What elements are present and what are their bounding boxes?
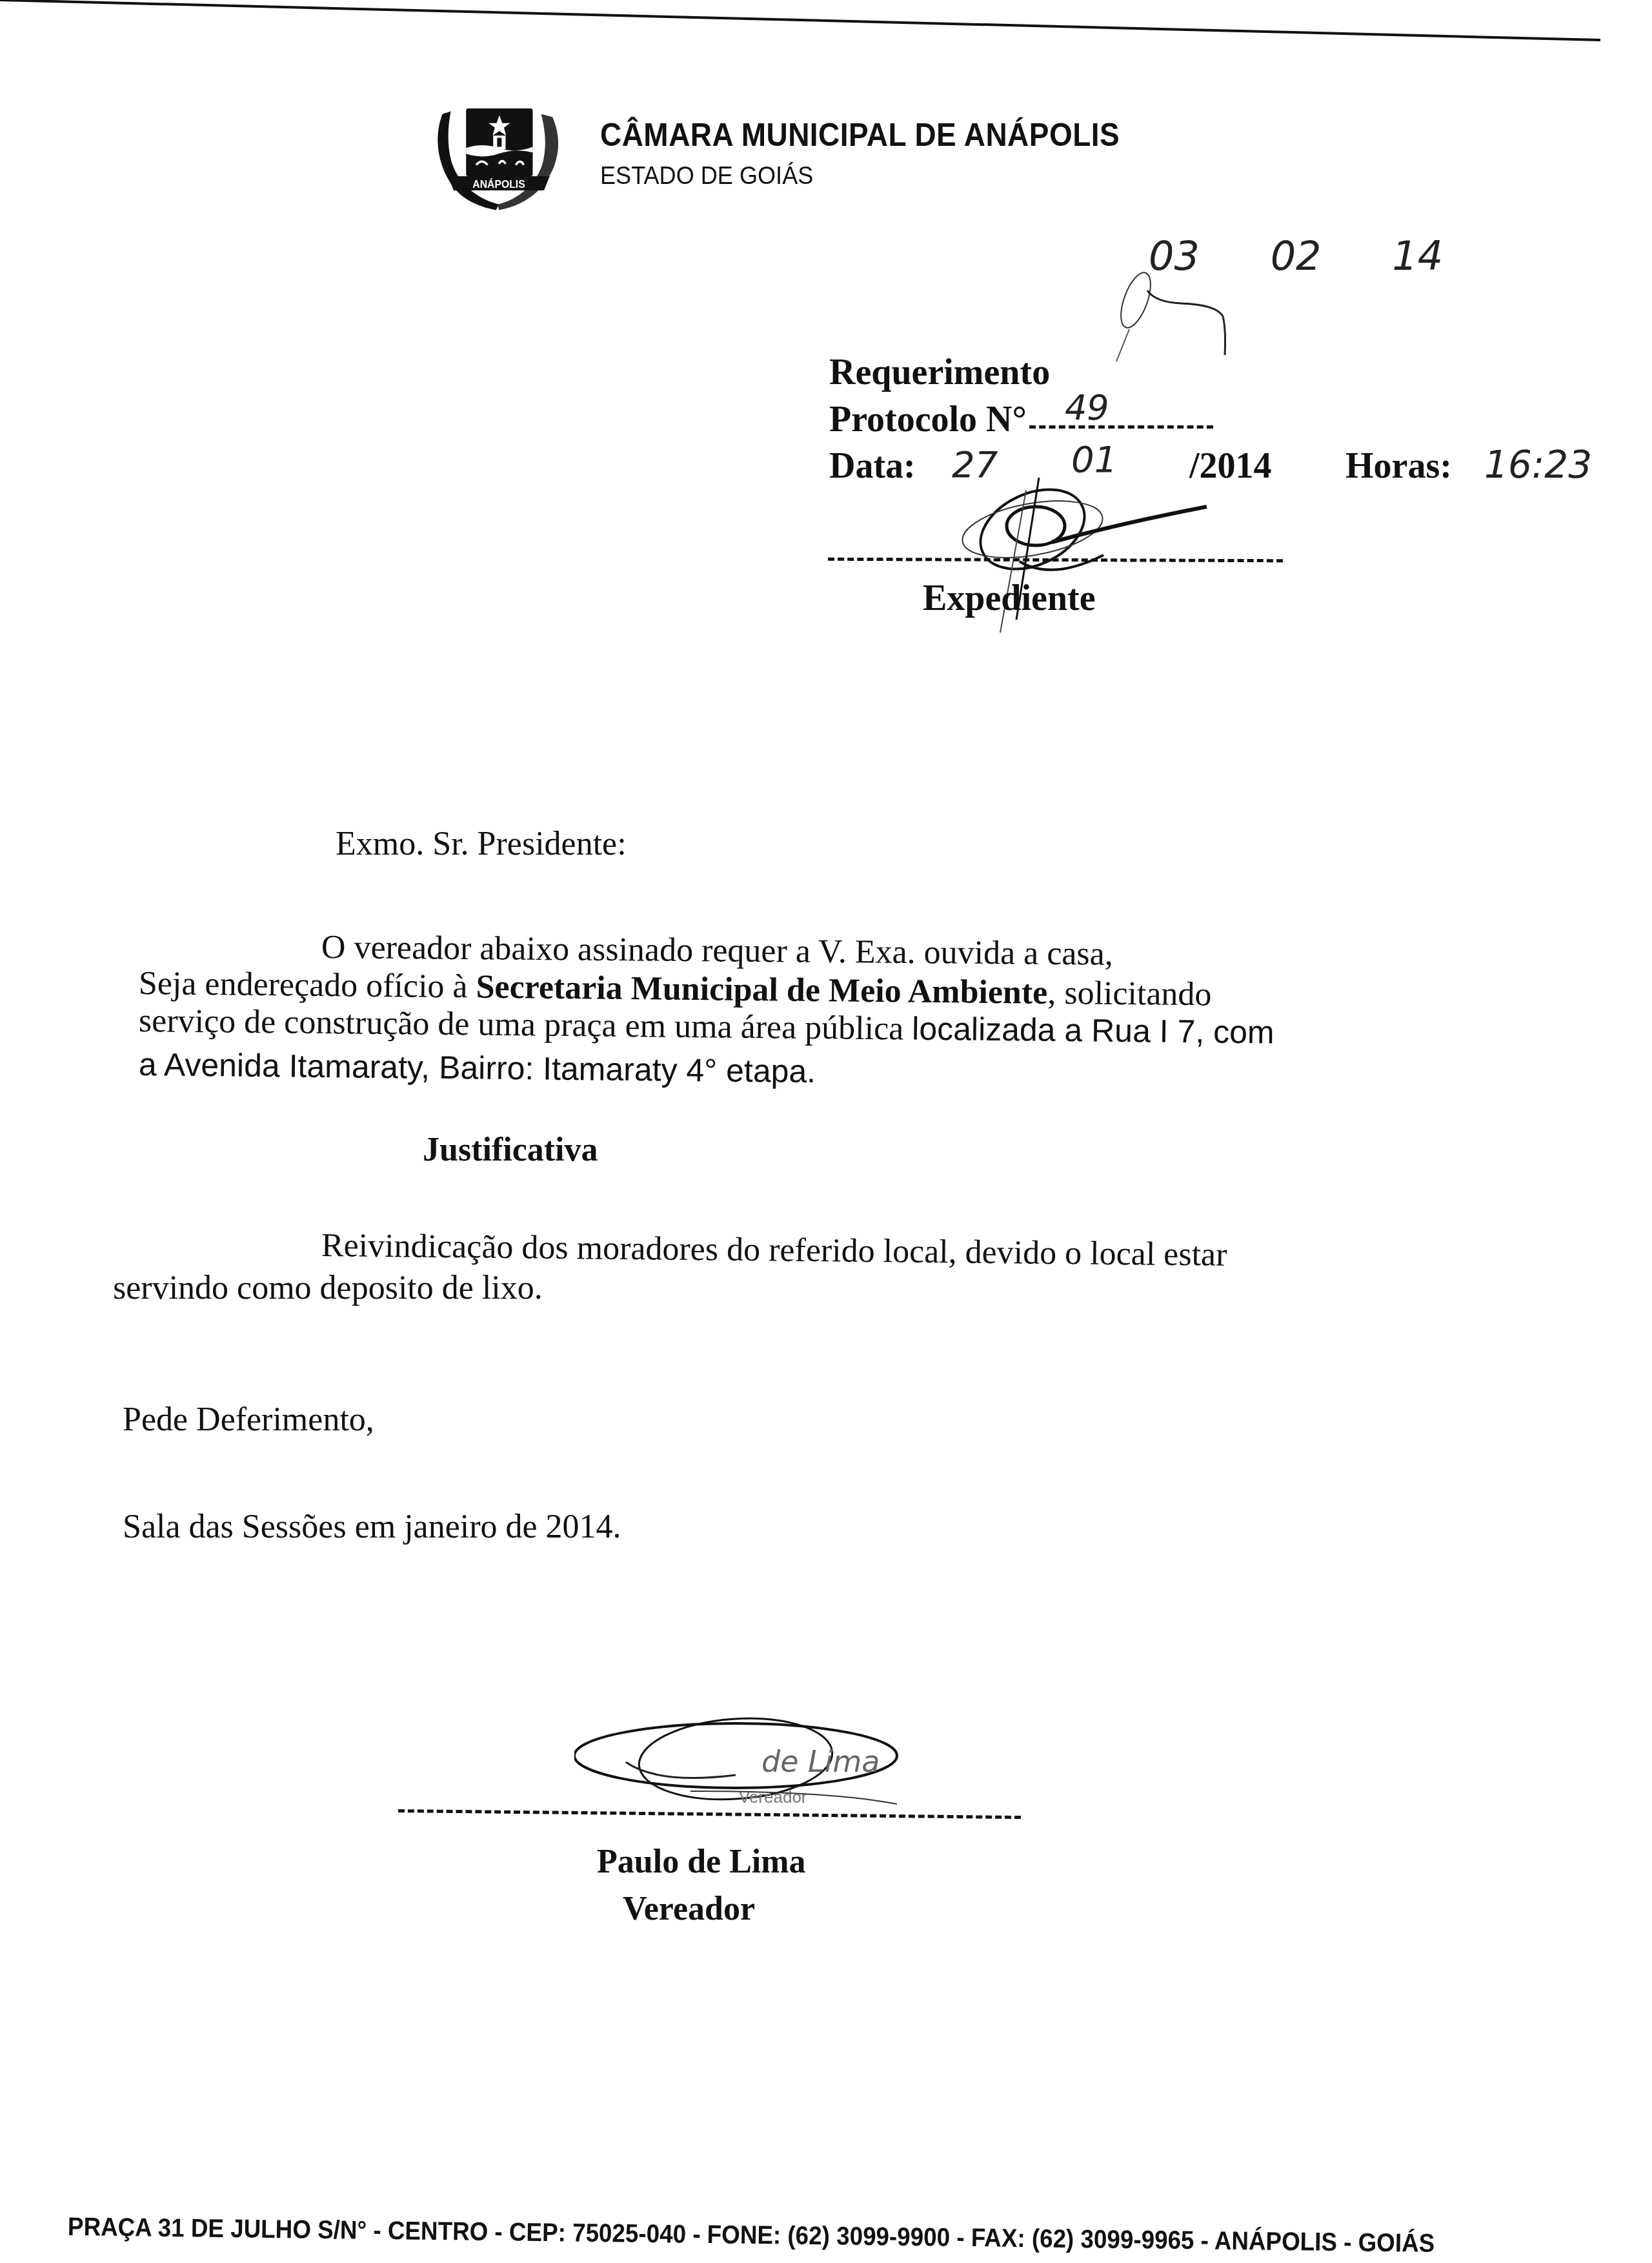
svg-text:de Lima: de Lima (761, 1744, 880, 1779)
institution-name: CÂMARA MUNICIPAL DE ANÁPOLIS (600, 116, 1120, 154)
svg-text:Vereador: Vereador (739, 1787, 807, 1807)
protocol-label: Protocolo N° (829, 400, 1027, 440)
department-label: Expediente (923, 578, 1096, 619)
signer-role: Vereador (623, 1890, 755, 1928)
handwritten-initials-icon (1110, 271, 1278, 361)
justification-paragraph-line: servindo como deposito de lixo. (113, 1269, 543, 1307)
handwritten-month: 02 (1271, 232, 1322, 279)
signature-line (398, 1809, 1021, 1819)
footer-address: PRAÇA 31 DE JULHO S/N° - CENTRO - CEP: 7… (68, 2213, 1435, 2258)
svg-text:ANÁPOLIS: ANÁPOLIS (472, 178, 525, 190)
hours-value: 16:23 (1484, 443, 1592, 487)
request-paragraph-line: a Avenida Itamaraty, Bairro: Itamaraty 4… (139, 1046, 816, 1090)
place-date-line: Sala das Sessões em janeiro de 2014. (123, 1508, 621, 1546)
protocol-number-value: 49 (1065, 387, 1109, 428)
text-run: serviço de construção de uma praça em um… (139, 1002, 912, 1048)
text-run: , solicitando (1047, 975, 1212, 1013)
closing-line: Pede Deferimento, (123, 1401, 374, 1439)
municipal-coat-of-arms-icon: ANÁPOLIS (431, 89, 567, 218)
location-text: localizada a Rua I 7, com (912, 1011, 1274, 1051)
recipient-department: Secretaria Municipal de Meio Ambiente (476, 968, 1047, 1011)
protocol-number-underline (1029, 425, 1213, 429)
handwritten-signature-icon: de Lima Vereador (574, 1714, 936, 1811)
scan-edge-line (0, 0, 1652, 52)
justification-paragraph-line: Reivindicação dos moradores do referido … (321, 1226, 1227, 1274)
handwritten-year: 14 (1392, 232, 1443, 279)
hours-label: Horas: (1345, 445, 1452, 487)
request-paragraph-line: O vereador abaixo assinado requer a V. E… (321, 928, 1113, 973)
justification-heading: Justificativa (423, 1131, 598, 1169)
signer-name: Paulo de Lima (597, 1843, 806, 1881)
protocol-number-row: Protocolo N° (829, 399, 1213, 440)
institution-state: ESTADO DE GOIÁS (600, 163, 813, 190)
date-label: Data: (829, 445, 916, 487)
document-type-label: Requerimento (829, 352, 1050, 393)
salutation: Exmo. Sr. Presidente: (336, 825, 627, 863)
text-run: Seja endereçado ofício à (139, 965, 476, 1005)
